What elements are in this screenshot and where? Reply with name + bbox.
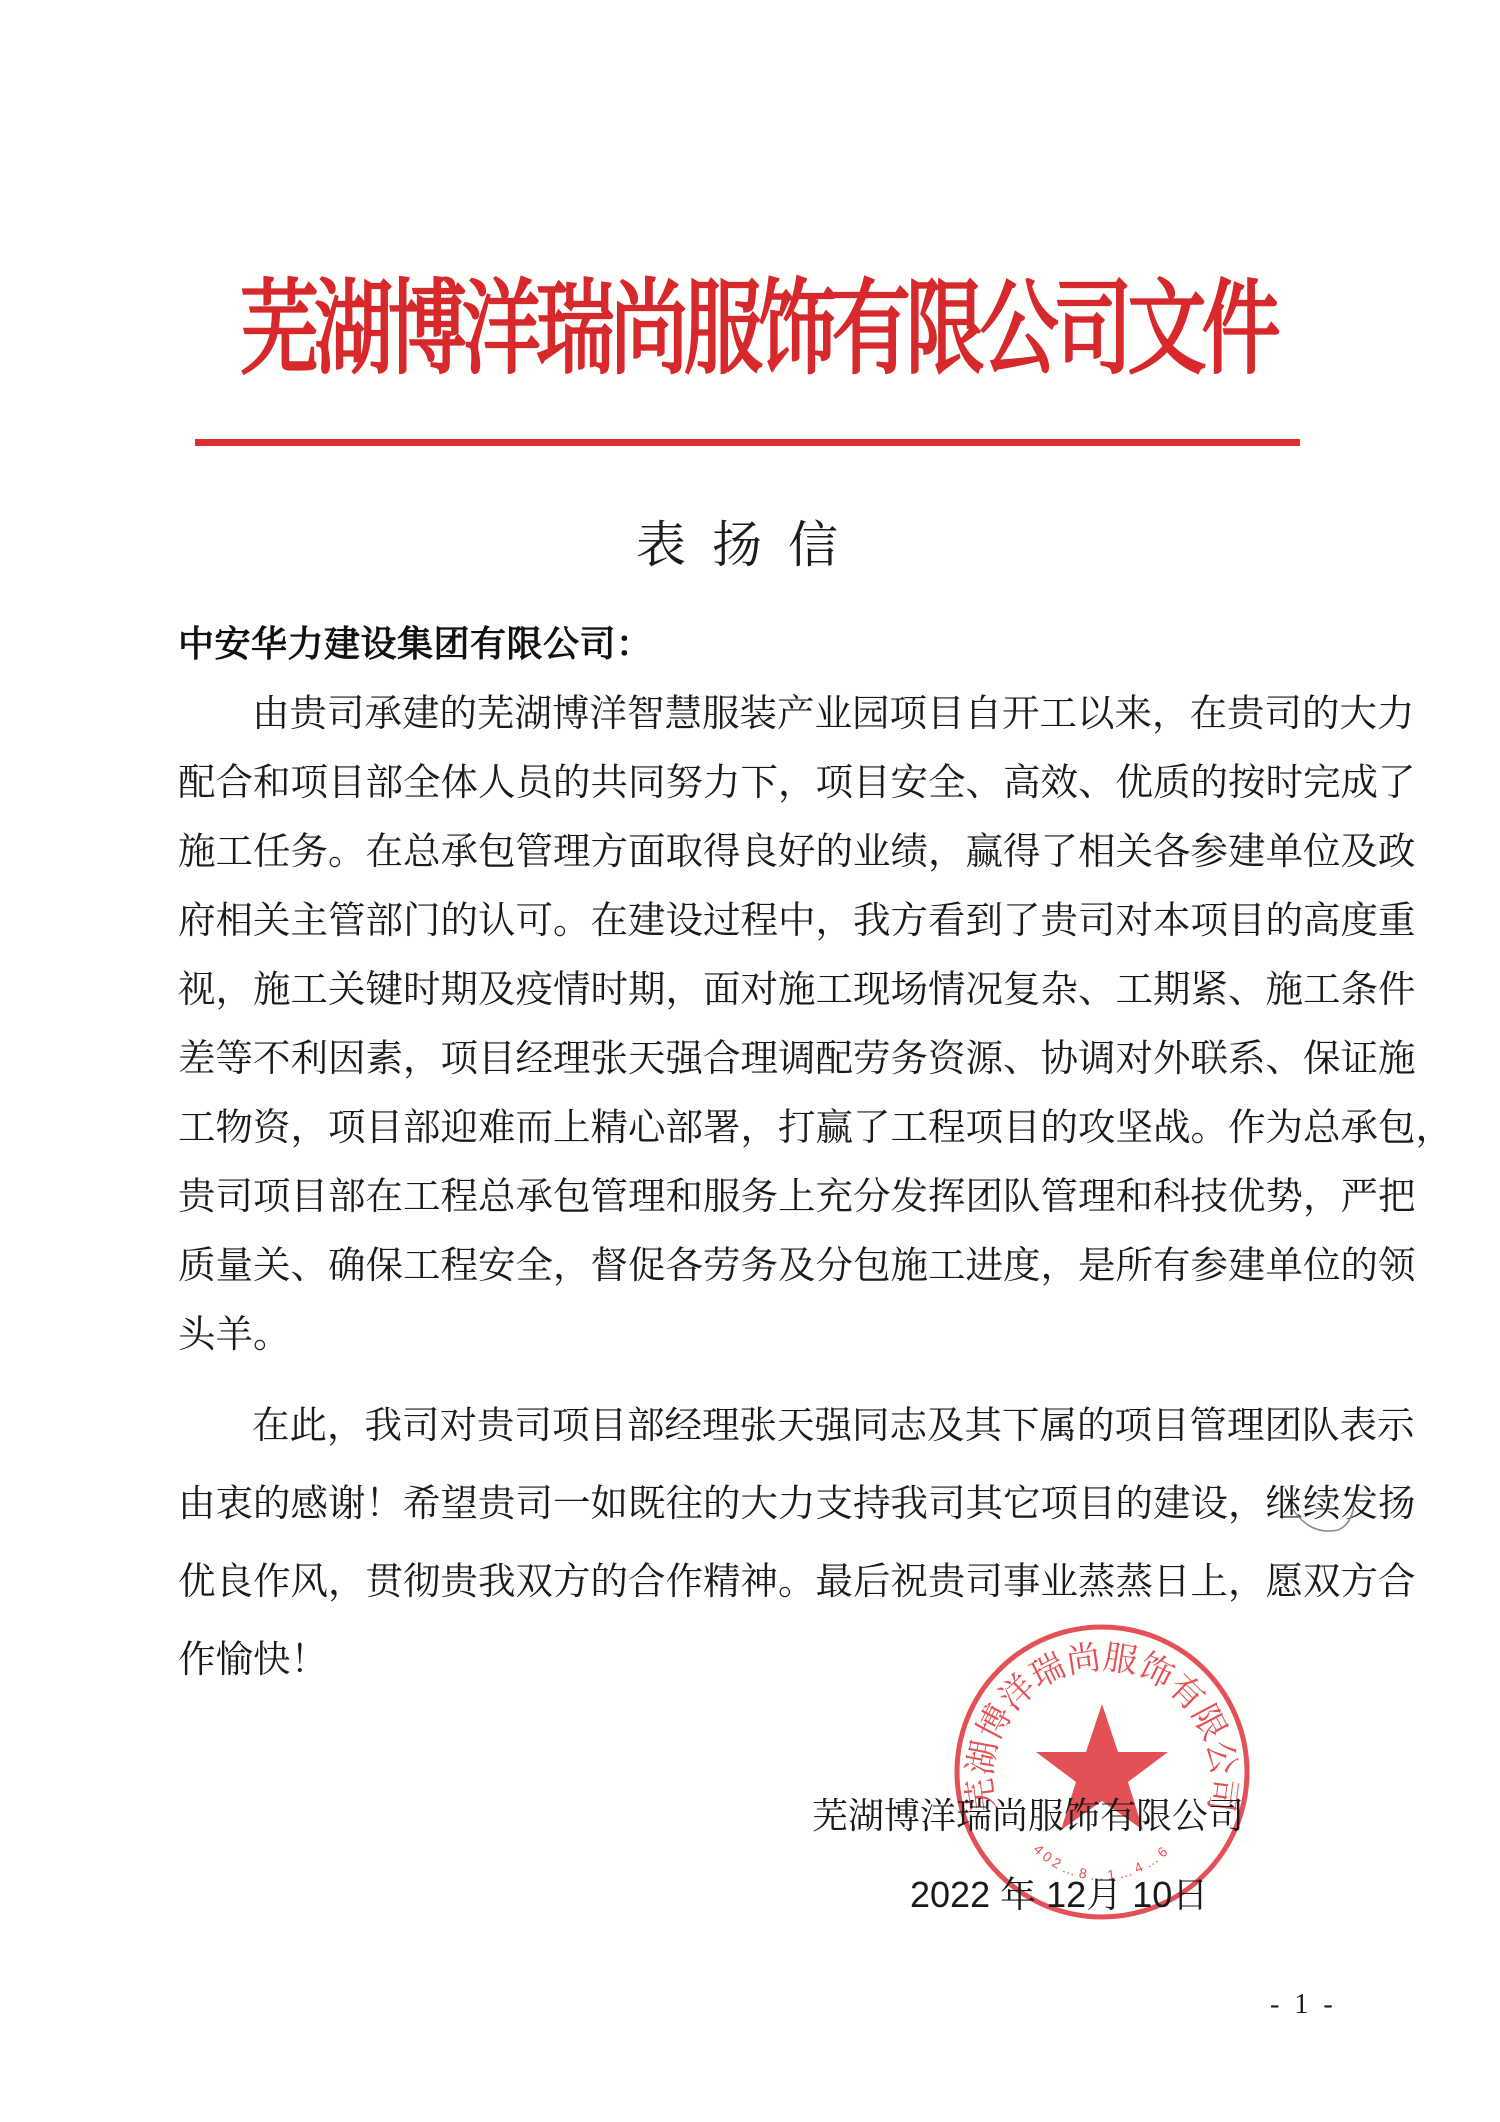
body-line: 作愉快！ (178, 1634, 1338, 1684)
date-month-unit: 月 (1086, 1875, 1122, 1916)
body-line: 府相关主管部门的认可。在建设过程中，我方看到了贵司对本项目的高度重 (178, 895, 1338, 945)
recipient: 中安华力建设集团有限公司： (178, 620, 653, 670)
letter-date: 2022 年 12月 10日 (910, 1870, 1208, 1921)
date-day-unit: 日 (1172, 1875, 1208, 1916)
body-line: 优良作风，贯彻贵我双方的合作精神。最后祝贵司事业蒸蒸日上，愿双方合 (178, 1556, 1338, 1606)
body-line: 差等不利因素，项目经理张天强合理调配劳务资源、协调对外联系、保证施 (178, 1033, 1338, 1083)
date-year-unit: 年 (1000, 1875, 1036, 1916)
date-year: 2022 (910, 1874, 990, 1915)
date-month: 12 (1046, 1874, 1086, 1915)
letter-title: 表扬信 (0, 510, 1500, 580)
body-line: 由贵司承建的芜湖博洋智慧服装产业园项目自开工以来，在贵司的大力 (252, 688, 1338, 738)
body-line: 工物资，项目部迎难而上精心部署，打赢了工程项目的攻坚战。作为总承包， (178, 1102, 1338, 1152)
body-line: 视，施工关键时期及疫情时期，面对施工现场情况复杂、工期紧、施工条件 (178, 964, 1338, 1014)
document-header-title: 芜湖博洋瑞尚服饰有限公司文件 (240, 262, 1152, 396)
body-line: 在此，我司对贵司项目部经理张天强同志及其下属的项目管理团队表示 (252, 1400, 1338, 1450)
body-line: 贵司项目部在工程总承包管理和服务上充分发挥团队管理和科技优势，严把 (178, 1171, 1338, 1221)
document-page: 芜湖博洋瑞尚服饰有限公司文件 表扬信 中安华力建设集团有限公司： 由贵司承建的芜… (0, 0, 1500, 2122)
date-day: 10 (1132, 1874, 1172, 1915)
body-line: 施工任务。在总承包管理方面取得良好的业绩，赢得了相关各参建单位及政 (178, 826, 1338, 876)
red-header-rule (195, 439, 1300, 446)
page-number: - 1 - (1270, 1985, 1337, 2025)
body-line: 由衷的感谢！希望贵司一如既往的大力支持我司其它项目的建设，继续发扬 (178, 1478, 1338, 1528)
signature-company: 芜湖博洋瑞尚服饰有限公司 (812, 1792, 1244, 1842)
body-line: 质量关、确保工程安全，督促各劳务及分包施工进度，是所有参建单位的领 (178, 1240, 1338, 1290)
pen-mark-icon (1290, 1500, 1360, 1540)
body-line: 配合和项目部全体人员的共同努力下，项目安全、高效、优质的按时完成了 (178, 757, 1338, 807)
body-line: 头羊。 (178, 1309, 1338, 1359)
